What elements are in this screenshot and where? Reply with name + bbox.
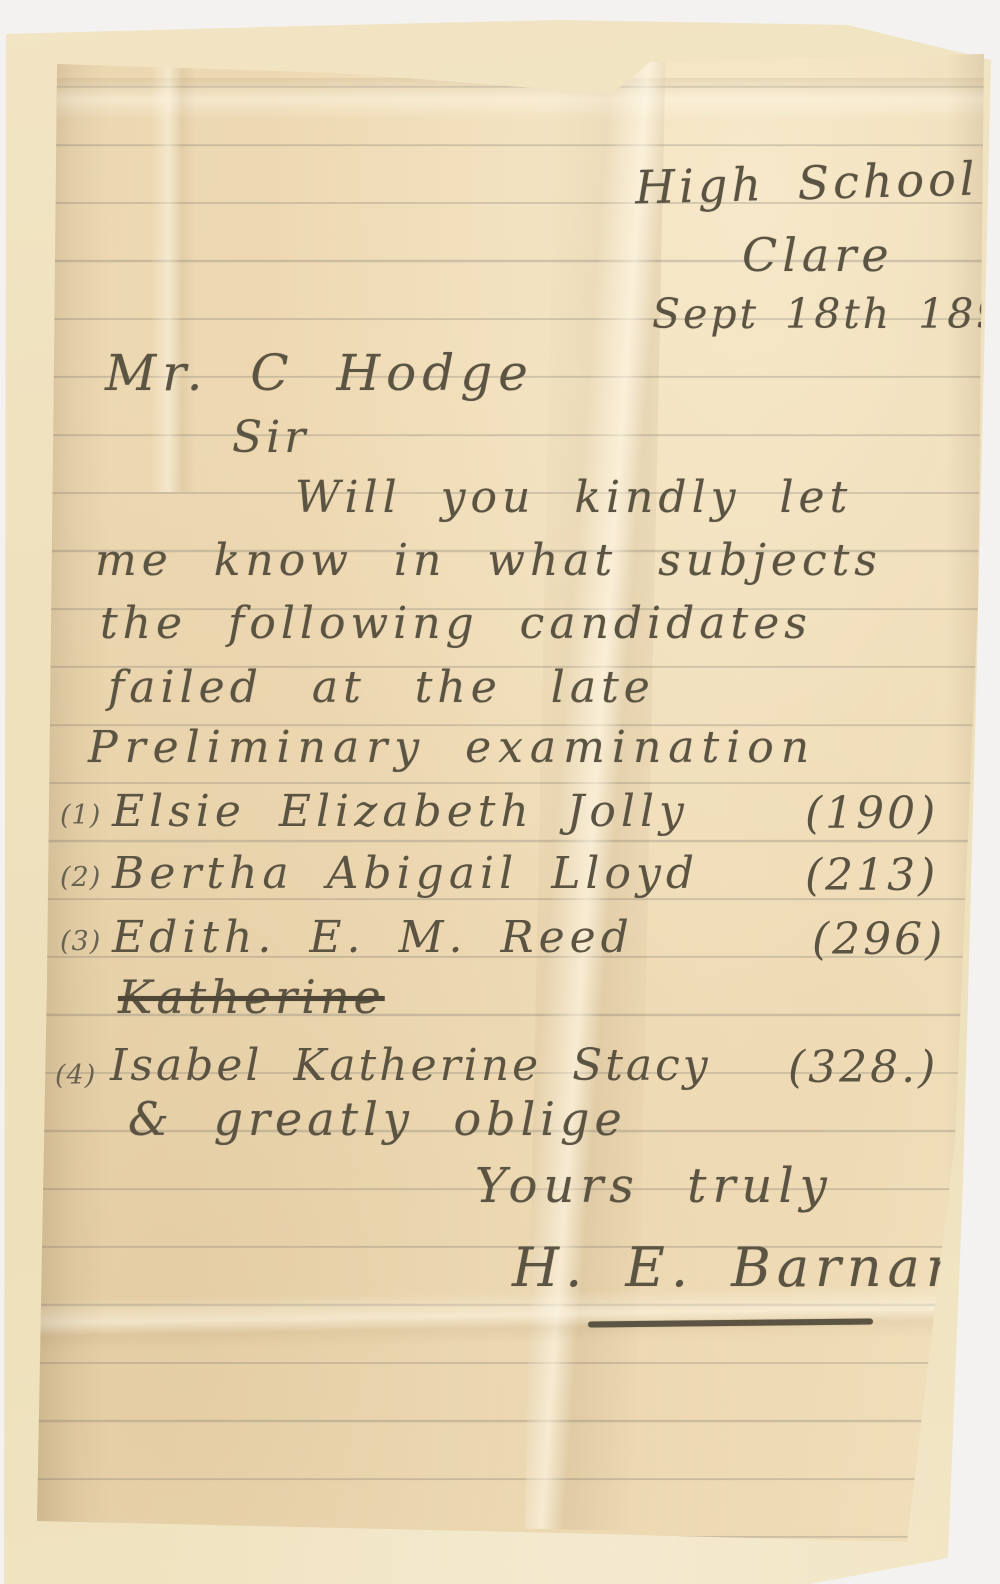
candidate-number: (3) bbox=[60, 926, 101, 957]
signature: H. E. Barnard bbox=[512, 1236, 998, 1299]
body-line-2: me know in what subjects bbox=[95, 535, 882, 586]
heading-date: Sept 18th 1894 bbox=[652, 290, 1000, 338]
candidate-name: Edith. E. M. Reed bbox=[112, 912, 634, 963]
body-line-5: Preliminary examination bbox=[88, 722, 816, 773]
heading-school: High School bbox=[634, 152, 979, 215]
body-line-1: Will you kindly let bbox=[295, 472, 852, 523]
candidate-score: (190) bbox=[805, 788, 938, 839]
recipient-line: Mr. C Hodge bbox=[105, 344, 534, 402]
candidate-score: (328.) bbox=[788, 1042, 938, 1093]
oblige-line: & greatly oblige bbox=[128, 1092, 627, 1146]
candidate-name: Bertha Abigail Lloyd bbox=[112, 848, 699, 899]
candidate-name: Elsie Elizabeth Jolly bbox=[112, 786, 689, 837]
salutation: Sir bbox=[232, 412, 309, 463]
candidate-number: (2) bbox=[60, 862, 101, 893]
scanned-letter-page: High School Clare Sept 18th 1894 Mr. C H… bbox=[0, 0, 1000, 1584]
body-line-3: the following candidates bbox=[100, 598, 812, 649]
heading-place: Clare bbox=[742, 228, 894, 282]
candidate-number: (4) bbox=[55, 1060, 96, 1091]
candidate-score: (296) bbox=[812, 914, 945, 965]
closing-line: Yours truly bbox=[475, 1158, 833, 1214]
body-line-4: failed at the late bbox=[108, 662, 655, 713]
candidate-score: (213) bbox=[805, 850, 938, 901]
candidate-number: (1) bbox=[60, 800, 101, 831]
candidate-name: Isabel Katherine Stacy bbox=[110, 1040, 711, 1091]
letter-sheet-paper: High School Clare Sept 18th 1894 Mr. C H… bbox=[0, 0, 1000, 1584]
candidate-row: (3) Edith. E. M. Reed (296) bbox=[0, 912, 1000, 974]
candidate-row: (1) Elsie Elizabeth Jolly (190) bbox=[0, 786, 1000, 848]
struck-out-name: Katherine bbox=[118, 970, 385, 1024]
candidate-row: (2) Bertha Abigail Lloyd (213) bbox=[0, 848, 1000, 910]
